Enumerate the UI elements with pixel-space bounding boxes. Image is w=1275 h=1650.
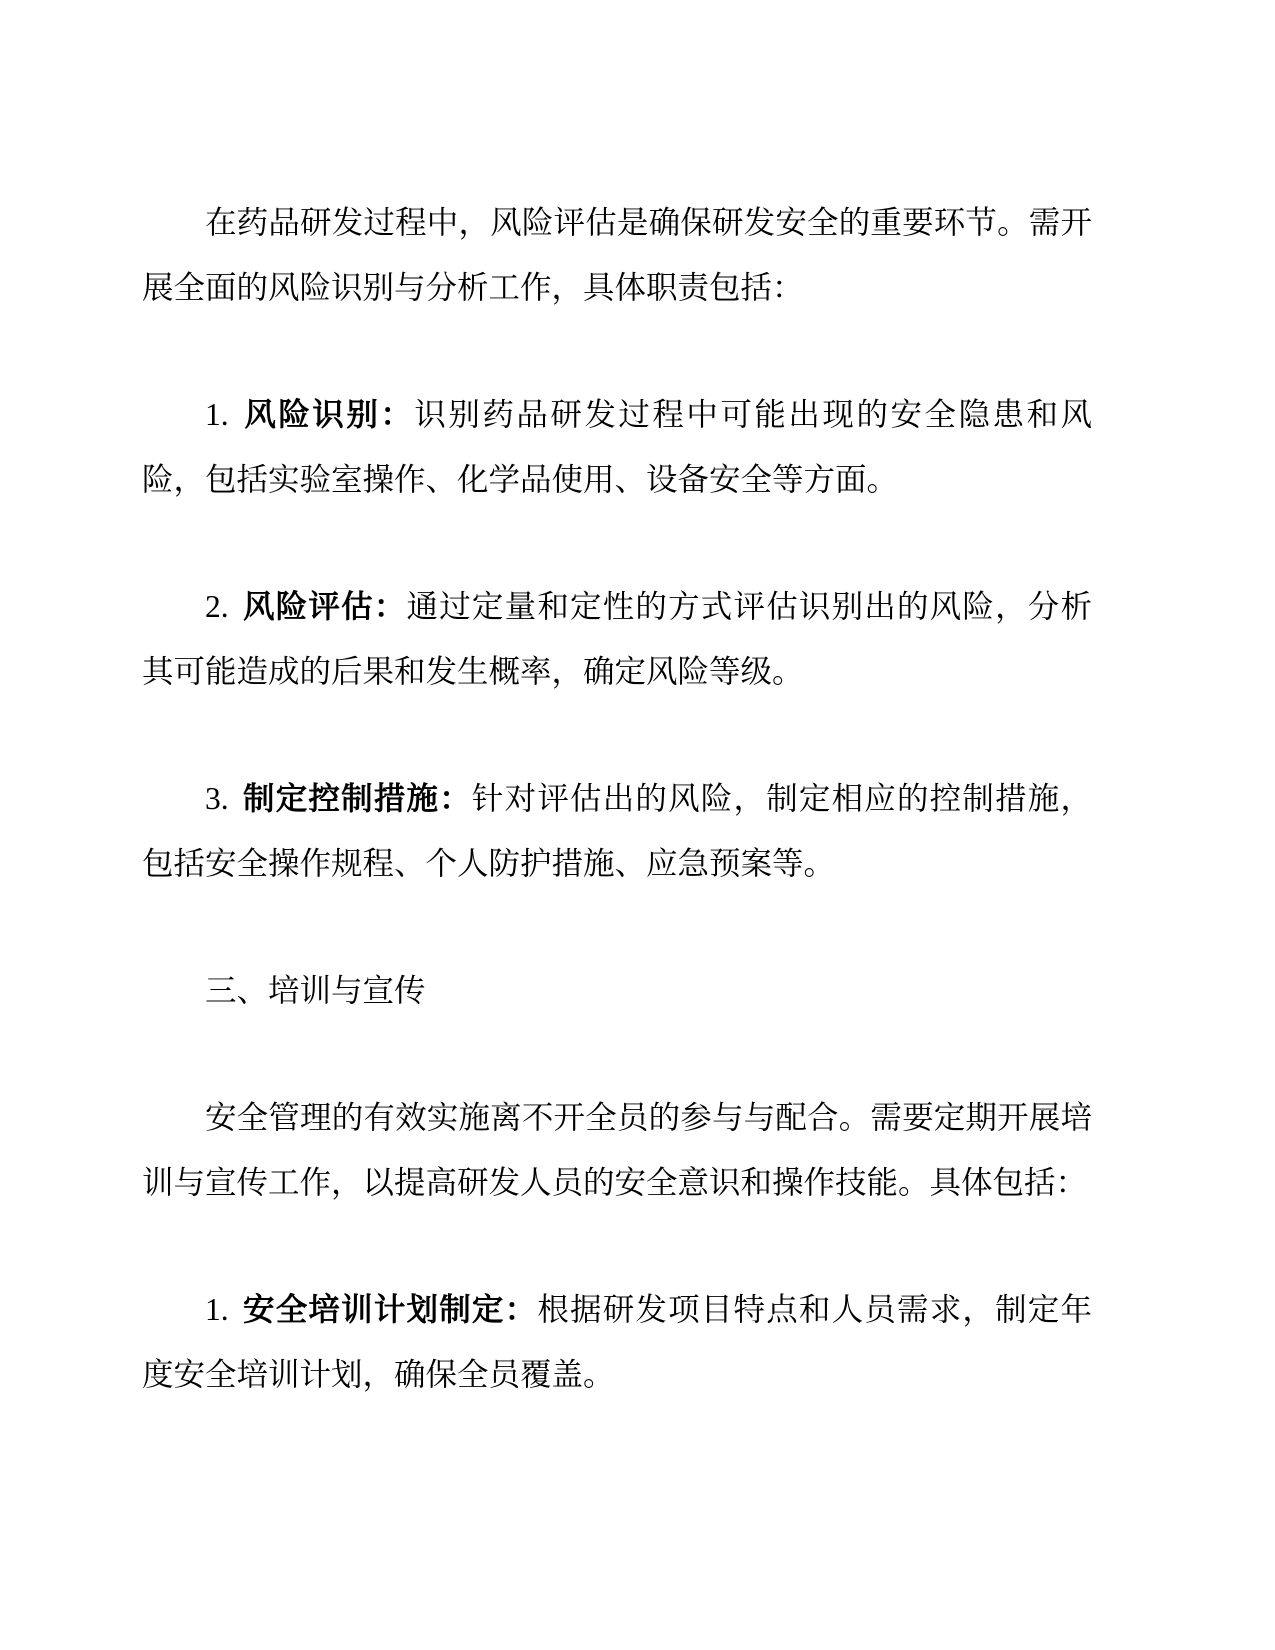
item-number: 2. xyxy=(205,589,229,624)
item-term: 安全培训计划制定： xyxy=(242,1292,537,1327)
section-heading-training: 三、培训与宣传 xyxy=(142,958,1092,1023)
body-paragraph-training: 安全管理的有效实施离不开全员的参与与配合。需要定期开展培训与宣传工作，以提高研发… xyxy=(142,1085,1092,1215)
numbered-item-risk-identification: 1.风险识别：识别药品研发过程中可能出现的安全隐患和风险，包括实验室操作、化学品… xyxy=(142,382,1092,512)
item-number: 1. xyxy=(205,1292,229,1327)
numbered-item-training-plan: 1.安全培训计划制定：根据研发项目特点和人员需求，制定年度安全培训计划，确保全员… xyxy=(142,1277,1092,1407)
item-term: 风险识别： xyxy=(242,397,415,432)
numbered-item-risk-assessment: 2.风险评估：通过定量和定性的方式评估识别出的风险，分析其可能造成的后果和发生概… xyxy=(142,574,1092,704)
intro-paragraph: 在药品研发过程中，风险评估是确保研发安全的重要环节。需开展全面的风险识别与分析工… xyxy=(142,190,1092,320)
document-page: 在药品研发过程中，风险评估是确保研发安全的重要环节。需开展全面的风险识别与分析工… xyxy=(0,0,1275,1650)
item-number: 1. xyxy=(205,397,229,432)
item-term: 风险评估： xyxy=(242,589,407,624)
document-content: 在药品研发过程中，风险评估是确保研发安全的重要环节。需开展全面的风险识别与分析工… xyxy=(142,190,1092,1407)
numbered-item-control-measures: 3.制定控制措施：针对评估出的风险，制定相应的控制措施，包括安全操作规程、个人防… xyxy=(142,766,1092,896)
item-term: 制定控制措施： xyxy=(242,781,472,816)
item-number: 3. xyxy=(205,781,229,816)
